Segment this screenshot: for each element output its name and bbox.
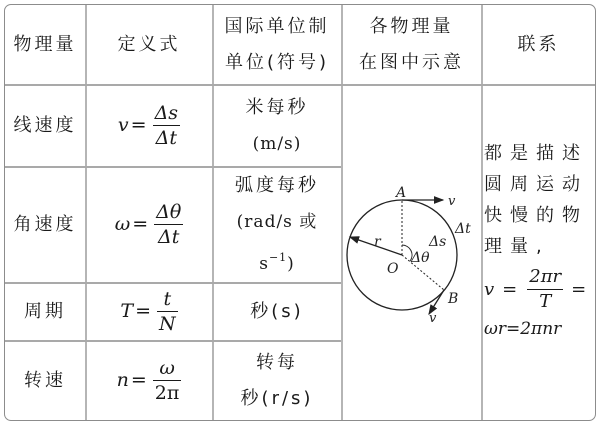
- row-rotation-speed-unit: 转每 秒(r/s): [213, 341, 341, 420]
- fraction: Δθ Δt: [154, 201, 183, 248]
- formula: n = ω 2π: [117, 357, 182, 404]
- label-delta-theta: Δθ: [410, 250, 430, 266]
- formula: T = t N: [120, 288, 177, 335]
- fraction: t N: [157, 288, 178, 335]
- row-linear-velocity-formula: v = Δs Δt: [86, 85, 212, 166]
- label-a: A: [394, 185, 406, 201]
- circular-motion-diagram: A v Δt Δs r Δθ O B v: [342, 168, 481, 328]
- header-quantity: 物理量: [5, 5, 85, 84]
- row-linear-velocity-name: 线速度: [5, 85, 85, 166]
- header-definition: 定义式: [86, 5, 212, 84]
- relation-formula-1: v = 2πr T =: [484, 266, 594, 313]
- header-si-unit: 国际单位制 单位(符号): [213, 5, 341, 84]
- label-v-bottom: v: [429, 311, 437, 326]
- row-period-unit: 秒(s): [213, 283, 341, 340]
- fraction: 2πr T: [527, 266, 563, 313]
- label-delta-s: Δs: [428, 234, 446, 250]
- header-diagram: 各物理量 在图中示意: [342, 5, 481, 84]
- fraction: Δs Δt: [153, 102, 180, 149]
- row-angular-velocity-unit: 弧度每秒 (rad/s 或 s−1): [213, 167, 341, 282]
- formula: v = Δs Δt: [118, 102, 180, 149]
- label-o: O: [387, 261, 399, 277]
- row-linear-velocity-unit: 米每秒 (m/s): [213, 85, 341, 166]
- row-period-formula: T = t N: [86, 283, 212, 340]
- row-rotation-speed-formula: n = ω 2π: [86, 341, 212, 420]
- row-angular-velocity-name: 角速度: [5, 167, 85, 282]
- formula: ω = Δθ Δt: [115, 201, 184, 248]
- row-period-name: 周期: [5, 283, 85, 340]
- label-v-top: v: [448, 194, 456, 209]
- relation-cell: 都是描述 圆周运动 快慢的物 理量, v = 2πr T = ωr=2πnr: [484, 138, 594, 339]
- row-angular-velocity-formula: ω = Δθ Δt: [86, 167, 212, 282]
- header-relation: 联系: [482, 5, 595, 84]
- relation-formula-2: ωr=2πnr: [484, 319, 594, 339]
- row-rotation-speed-name: 转速: [5, 341, 85, 420]
- label-delta-t: Δt: [454, 221, 471, 237]
- label-b: B: [447, 291, 458, 307]
- fraction: ω 2π: [153, 357, 182, 404]
